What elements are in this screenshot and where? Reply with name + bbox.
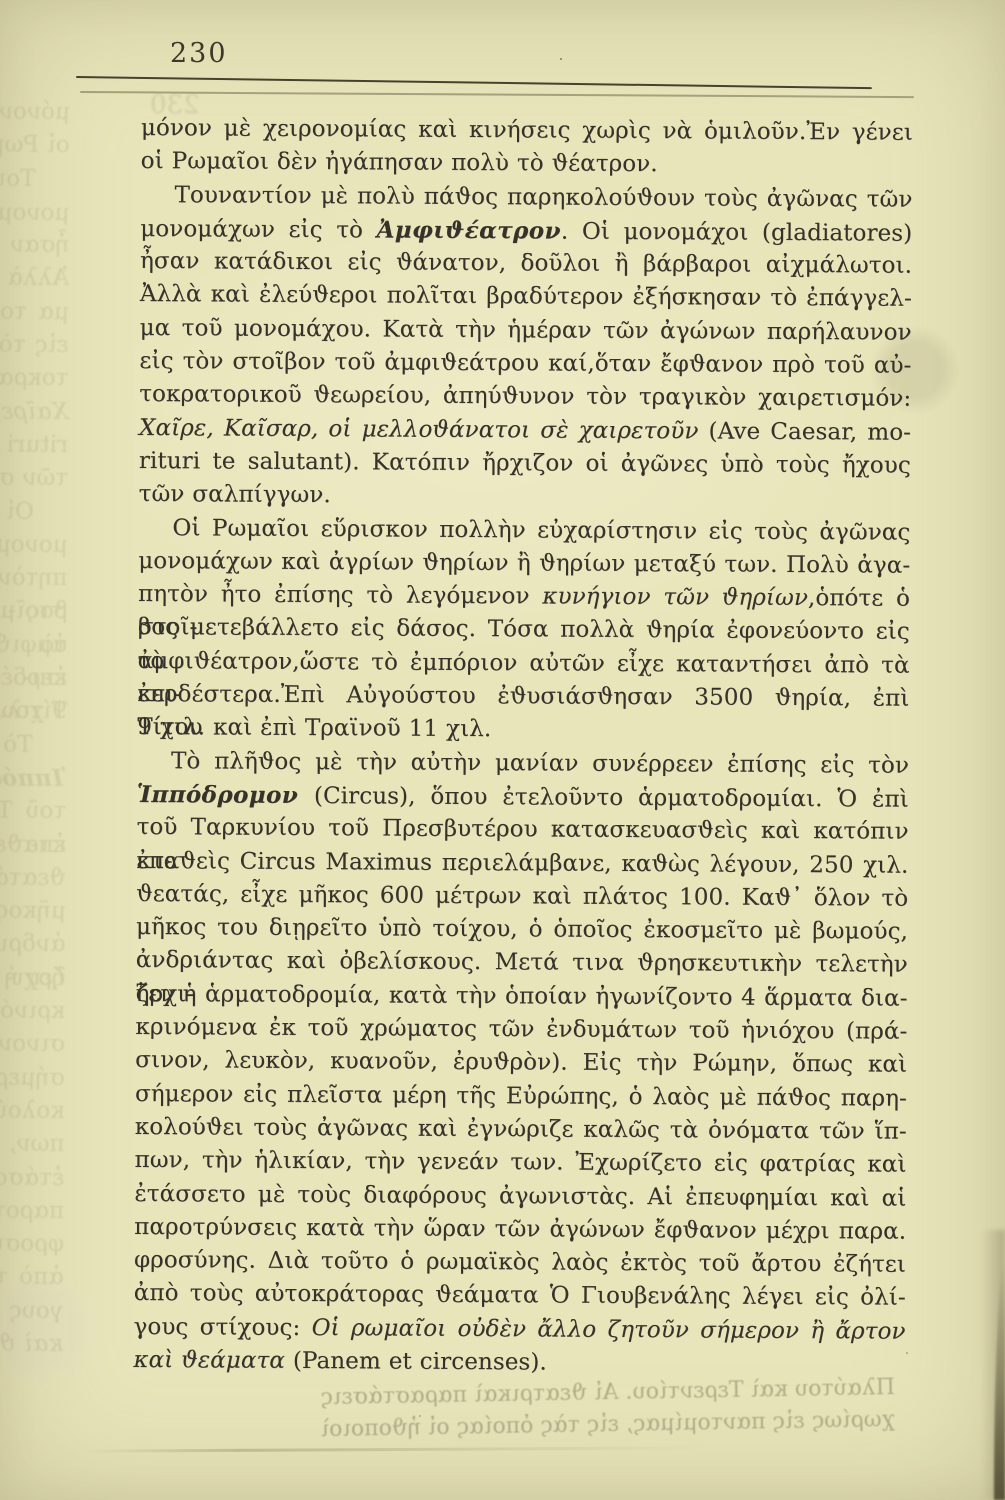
text-line: γους στίχους: Οἱ ρωμαῖοι οὐδὲν ἄλλο ζητο… bbox=[133, 1311, 905, 1349]
text-run: σήμερον εἰς πλεῖστα μέρη τῆς Εὐρώπης, ὁ … bbox=[135, 1081, 907, 1112]
text-line: κρινόμενα ἐκ τοῦ χρώματος τῶν ἐνδυμάτων … bbox=[135, 1011, 907, 1049]
quote-italic: καὶ ϑεάματα bbox=[133, 1347, 293, 1374]
text-line: 9 χιλ. καὶ ἐπὶ Τραϊνοῦ 11 χιλ. bbox=[137, 711, 909, 749]
text-run: πητὸν ἦτο ἐπίσης τὸ λεγόμενον bbox=[138, 581, 542, 609]
text-run: ϑεατάς, εἶχε μῆκος 600 μέτρων καὶ πλάτος… bbox=[136, 881, 908, 912]
text-run: μονομάχων καὶ ἀγρίων ϑηρίων ἢ ϑηρίων μετ… bbox=[138, 548, 910, 579]
text-run: (Circus), ὅπου ἐτελοῦντο ἁρματοδρομίαι. … bbox=[314, 783, 909, 813]
text-line: Οἱ Ρωμαῖοι εὕρισκον πολλὴν εὐχαρίστησιν … bbox=[138, 512, 910, 550]
crease-mark bbox=[85, 1446, 705, 1452]
text-line: Χαῖρε, Καῖσαρ, οἱ μελλοϑάνατοι σὲ χαιρετ… bbox=[139, 412, 911, 450]
text-run: μα τοῦ μονομάχου. Κατὰ τὴν ἡμέραν τῶν ἀγ… bbox=[140, 315, 912, 346]
header-rule-secondary bbox=[80, 91, 914, 98]
text-line: ἀμφιϑέατρον,ὥστε τὸ ἐμπόριον αὐτῶν εἶχε … bbox=[138, 645, 910, 683]
text-line: Τουναντίον μὲ πολὺ πάϑος παρηκολούϑουν τ… bbox=[140, 179, 912, 217]
text-line: πων, τὴν ἡλικίαν, τὴν γενεάν των. Ἐχωρίζ… bbox=[134, 1144, 906, 1182]
text-line: φροσύνης. Διὰ τοῦτο ὁ ρωμαϊκὸς λαὸς ἐκτὸ… bbox=[134, 1244, 906, 1282]
text-run: ἐτάσσετο μὲ τοὺς διαφόρους ἀγωνιστὰς. Αἱ… bbox=[134, 1180, 906, 1211]
text-run: . Οἱ μονομάχοι (gladiatores) bbox=[561, 218, 913, 246]
text-line: τοῦ Ταρκυνίου τοῦ Πρεσβυτέρου κατασκευασ… bbox=[137, 811, 909, 849]
text-line: ζεν ἡ ἁρματοδρομία, κατὰ τὴν ὁποίαν ἠγων… bbox=[136, 978, 908, 1016]
text-run: ἀπὸ τοὺς αὐτοκράτορας ϑεάματα Ὁ Γιουβενά… bbox=[134, 1280, 906, 1311]
page-number: 230 bbox=[170, 38, 228, 69]
quote-italic: Οἱ ρωμαῖοι οὐδὲν ἄλλο ζητοῦν σήμερον ἢ ἄ… bbox=[312, 1315, 906, 1345]
text-run: γους στίχους: bbox=[134, 1314, 312, 1341]
text-run: Τουναντίον μὲ πολὺ πάϑος παρηκολούϑουν τ… bbox=[174, 182, 912, 213]
text-line: σήμερον εἰς πλεῖστα μέρη τῆς Εὐρώπης, ὁ … bbox=[135, 1078, 907, 1116]
text-line: οἱ Ρωμαῖοι δὲν ἠγάπησαν πολὺ τὸ ϑέατρον. bbox=[141, 145, 913, 183]
text-line: μονομάχων εἰς τὸ Ἀμφιϑέατρον. Οἱ μονομάχ… bbox=[140, 212, 912, 250]
text-line: κταϑεὶς Circus Maximus περιελάμβανε, καϑ… bbox=[136, 845, 908, 883]
text-run: μῆκος του διῃρεῖτο ὑπὸ τοίχου, ὁ ὁποῖος … bbox=[136, 914, 908, 945]
text-line: σινον, λευκὸν, κυανοῦν, ἐρυϑρὸν). Εἰς τὴ… bbox=[135, 1044, 907, 1082]
text-line: ἀνδριάντας καὶ ὀβελίσκους. Μετά τινα ϑρη… bbox=[136, 944, 908, 982]
text-line: κερδέστερα.Ἐπὶ Αὐγούστου ἐϑυσιάσϑησαν 35… bbox=[137, 678, 909, 716]
text-run: rituri te salutant). Κατόπιν ἤρχιζον οἱ … bbox=[139, 448, 911, 479]
text-line: τοκρατορικοῦ ϑεωρείου, ἀπηύϑυνον τὸν τρα… bbox=[139, 378, 911, 416]
text-line: Ἀλλὰ καὶ ἐλεύϑεροι πολῖται βραδύτερον ἐξ… bbox=[140, 278, 912, 316]
quote-italic: Χαῖρε, Καῖσαρ, οἱ μελλοϑάνατοι σὲ χαιρετ… bbox=[139, 415, 709, 444]
body-text: μόνον μὲ χειρονομίας καὶ κινήσεις χωρὶς … bbox=[133, 112, 913, 1382]
text-run: (Ave Caesar, mo- bbox=[708, 418, 911, 445]
text-run: ζεν ἡ ἁρματοδρομία, κατὰ τὴν ὁποίαν ἠγων… bbox=[136, 981, 908, 1012]
text-run: Οἱ Ρωμαῖοι εὕρισκον πολλὴν εὐχαρίστησιν … bbox=[172, 515, 910, 546]
text-line: ἀπὸ τοὺς αὐτοκράτορας ϑεάματα Ὁ Γιουβενά… bbox=[134, 1277, 906, 1315]
text-run: Τὸ πλῆϑος μὲ τὴν αὐτὴν μανίαν συνέρρεεν … bbox=[171, 748, 909, 779]
text-line: rituri te salutant). Κατόπιν ἤρχιζον οἱ … bbox=[139, 445, 911, 483]
text-run: τοκρατορικοῦ ϑεωρείου, ἀπηύϑυνον τὸν τρα… bbox=[139, 381, 911, 412]
text-line: βος μετεβάλλετο εἰς δάσος. Τόσα πολλὰ ϑη… bbox=[138, 611, 910, 649]
text-run: μονομάχων εἰς τὸ bbox=[140, 216, 376, 243]
text-line: πητὸν ἦτο ἐπίσης τὸ λεγόμενον κυνήγιον τ… bbox=[138, 578, 910, 616]
text-line: ἦσαν κατάδικοι εἰς ϑάνατον, δοῦλοι ἢ βάρ… bbox=[140, 245, 912, 283]
bleedthrough-ghost: μόνον μὲ χειρονομίας καὶ κινήσεις χωρὶς … bbox=[0, 92, 70, 1361]
text-line: κολούϑει τοὺς ἀγῶνας καὶ ἐγνώριζε καλῶς … bbox=[135, 1111, 907, 1149]
text-line: μα τοῦ μονομάχου. Κατὰ τὴν ἡμέραν τῶν ἀγ… bbox=[140, 312, 912, 350]
text-line: τῶν σαλπίγγων. bbox=[139, 478, 911, 516]
text-run: ἦσαν κατάδικοι εἰς ϑάνατον, δοῦλοι ἢ βάρ… bbox=[140, 248, 912, 279]
text-line: παροτρύνσεις κατὰ τὴν ὥραν τῶν ἀγώνων ἔφ… bbox=[134, 1211, 906, 1249]
text-run: εἰς τὸν στοῖβον τοῦ ἀμφιϑεάτρου καί,ὅταν… bbox=[139, 348, 911, 379]
text-run: οἱ Ρωμαῖοι δὲν ἠγάπησαν πολὺ τὸ ϑέατρον. bbox=[141, 148, 658, 177]
text-run: τῶν σαλπίγγων. bbox=[139, 481, 331, 508]
text-run: φροσύνης. Διὰ τοῦτο ὁ ρωμαϊκὸς λαὸς ἐκτὸ… bbox=[134, 1247, 906, 1278]
text-run: πων, τὴν ἡλικίαν, τὴν γενεάν των. Ἐχωρίζ… bbox=[135, 1147, 907, 1178]
header-rule bbox=[76, 76, 872, 90]
text-run: Ἀλλὰ καὶ ἐλεύϑεροι πολῖται βραδύτερον ἐξ… bbox=[140, 281, 912, 312]
text-line: ϑεατάς, εἶχε μῆκος 600 μέτρων καὶ πλάτος… bbox=[136, 878, 908, 916]
quote-italic: κυνήγιον τῶν ϑηρίων bbox=[542, 584, 808, 612]
bleedthrough-line: χωρίως εἰς παντομίμας, εἰς τὰς ὁποίας οἱ… bbox=[95, 1407, 895, 1446]
term-emphasis: Ἀμφιϑέατρον bbox=[377, 216, 561, 244]
text-line: εἰς τὸν στοῖβον τοῦ ἀμφιϑεάτρου καί,ὅταν… bbox=[139, 345, 911, 383]
text-line: μῆκος του διῃρεῖτο ὑπὸ τοίχου, ὁ ὁποῖος … bbox=[136, 911, 908, 949]
term-emphasis: Ἱππόδρομον bbox=[137, 781, 314, 809]
text-line: καὶ ϑεάματα (Panem et circenses). bbox=[133, 1344, 905, 1382]
text-run: κταϑεὶς Circus Maximus περιελάμβανε, καϑ… bbox=[136, 848, 908, 879]
text-run: σινον, λευκὸν, κυανοῦν, ἐρυϑρὸν). Εἰς τὴ… bbox=[135, 1047, 907, 1078]
text-line: Τὸ πλῆϑος μὲ τὴν αὐτὴν μανίαν συνέρρεεν … bbox=[137, 745, 909, 783]
text-run: κρινόμενα ἐκ τοῦ χρώματος τῶν ἐνδυμάτων … bbox=[135, 1014, 907, 1045]
text-run: (Panem et circenses). bbox=[293, 1348, 547, 1376]
text-run: 9 χιλ. καὶ ἐπὶ Τραϊνοῦ 11 χιλ. bbox=[137, 714, 491, 742]
text-run: μόνον μὲ χειρονομίας καὶ κινήσεις χωρὶς … bbox=[141, 115, 913, 146]
book-page: 230 Πλαύτου καὶ Τερεντίου. Αἱ ϑεατρικαὶ … bbox=[0, 0, 1005, 1500]
text-line: Ἱππόδρομον (Circus), ὅπου ἐτελοῦντο ἁρμα… bbox=[137, 778, 909, 816]
text-line: ἐτάσσετο μὲ τοὺς διαφόρους ἀγωνιστὰς. Αἱ… bbox=[134, 1177, 906, 1215]
text-line: μονομάχων καὶ ἀγρίων ϑηρίων ἢ ϑηρίων μετ… bbox=[138, 545, 910, 583]
text-run: κολούϑει τοὺς ἀγῶνας καὶ ἐγνώριζε καλῶς … bbox=[135, 1114, 907, 1145]
text-run: παροτρύνσεις κατὰ τὴν ὥραν τῶν ἀγώνων ἔφ… bbox=[134, 1214, 906, 1245]
text-line: μόνον μὲ χειρονομίας καὶ κινήσεις χωρὶς … bbox=[141, 112, 913, 150]
